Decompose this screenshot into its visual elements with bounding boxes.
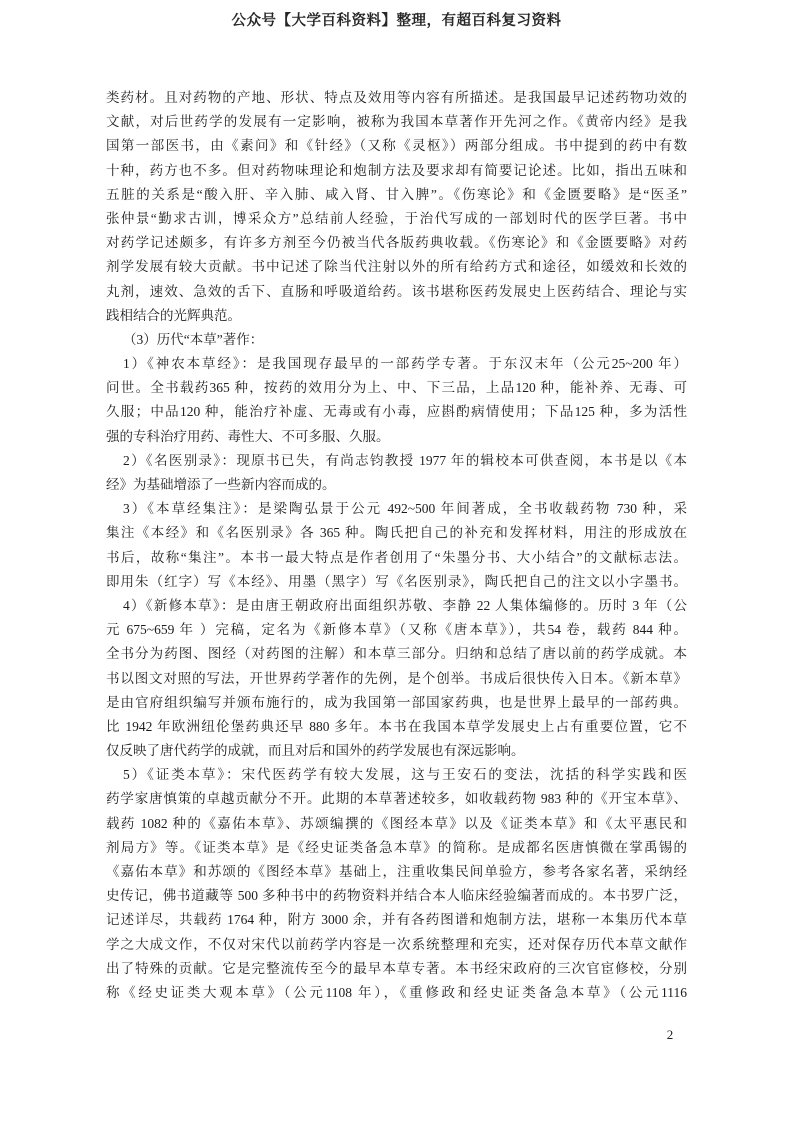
text-line: 剂学发展有较大贡献。书中记述了除当代注射以外的所有给药方式和途径，如缓效和长效的 bbox=[106, 255, 687, 279]
text-line: 3）《本草经集注》：是梁陶弘景于公元 492~500 年间著成，全书收载药物 7… bbox=[106, 497, 687, 521]
text-line: 类药材。且对药物的产地、形状、特点及效用等内容有所描述。是我国最早记述药物功效的 bbox=[106, 86, 687, 110]
text-line: 集注《本经》和《名医别录》各 365 种。陶氏把自己的补充和发挥材料，用注的形成… bbox=[106, 521, 687, 545]
text-line: 5）《证类本草》：宋代医药学有较大发展，这与王安石的变法，沈括的科学实践和医 bbox=[106, 763, 687, 787]
text-line: 2）《名医别录》：现原书已失，有尚志钧教授 1977 年的辑校本可供查阅，本书是… bbox=[106, 449, 687, 473]
text-line: 张仲景“勤求古训，博采众方”总结前人经验，于治代写成的一部划时代的医学巨著。书中 bbox=[106, 207, 687, 231]
text-line: 经》为基础增添了一些新内容而成的。 bbox=[106, 473, 687, 497]
page-header: 公众号【大学百科资料】整理，有超百科复习资料 bbox=[0, 9, 793, 30]
text-line: 书后，故称“集注”。本书一最大特点是作者创用了“朱墨分书、大小结合”的文献标志法… bbox=[106, 546, 687, 570]
text-line: 践相结合的光辉典范。 bbox=[106, 304, 687, 328]
text-line: 强的专科治疗用药、毒性大、不可多服、久服。 bbox=[106, 425, 687, 449]
text-line: 国第一部医书，由《素问》和《针经》（又称《灵枢》）两部分组成。书中提到的药中有数 bbox=[106, 134, 687, 158]
text-line: 久服；中品120 种，能治疗补虚、无毒或有小毒，应斟酌病情使用；下品125 种，… bbox=[106, 400, 687, 424]
text-line: 丸剂，速效、急效的舌下、直肠和呼吸道给药。该书堪称医药发展史上医药结合、理论与实 bbox=[106, 280, 687, 304]
text-line: 书以图文对照的写法，开世界药学著作的先例，是个创举。书成后很快传入日本。《新本草… bbox=[106, 667, 687, 691]
text-line: 即用朱（红字）写《本经》、用墨（黑字）写《名医别录》，陶氏把自己的注文以小字墨书… bbox=[106, 570, 687, 594]
text-line: 史传记，佛书道藏等 500 多种书中的药物资料并结合本人临床经验编著而成的。本书… bbox=[106, 884, 687, 908]
text-line: 是由官府组织编写并颁布施行的，成为我国第一部国家药典，也是世界上最早的一部药典。 bbox=[106, 691, 687, 715]
text-line: 记述详尽，共载药 1764 种，附方 3000 余，并有各药图谱和炮制方法，堪称… bbox=[106, 908, 687, 932]
text-line: 1）《神农本草经》：是我国现存最早的一部药学专著。于东汉末年（公元25~200 … bbox=[106, 352, 687, 376]
text-line: 《嘉佑本草》和苏颂的《图经本草》基础上，注重收集民间单验方，参考各家名著，采纳经 bbox=[106, 860, 687, 884]
document-body: 类药材。且对药物的产地、形状、特点及效用等内容有所描述。是我国最早记述药物功效的… bbox=[106, 86, 687, 1005]
text-line: 五脏的关系是“酸入肝、辛入肺、咸入肾、甘入脾”。《伤寒论》和《金匮要略》是“医圣… bbox=[106, 183, 687, 207]
text-line: 药学家唐慎策的卓越贡献分不开。此期的本草著述较多，如收载药物 983 种的《开宝… bbox=[106, 787, 687, 811]
text-line: 仅反映了唐代药学的成就，而且对后和国外的药学发展也有深远影响。 bbox=[106, 739, 687, 763]
text-line: （3）历代“本草”著作： bbox=[106, 328, 687, 352]
text-line: 全书分为药图、图经（对药图的注解）和本草三部分。归纳和总结了唐以前的药学成就。本 bbox=[106, 642, 687, 666]
text-line: 学之大成文作，不仅对宋代以前药学内容是一次系统整理和充实，还对保存历代本草文献作 bbox=[106, 933, 687, 957]
text-line: 载药 1082 种的《嘉佑本草》、苏颂编撰的《图经本草》以及《证类本草》和《太平… bbox=[106, 812, 687, 836]
text-line: 文献，对后世药学的发展有一定影响，被称为我国本草著作开先河之作。《黄帝内经》是我 bbox=[106, 110, 687, 134]
text-line: 4）《新修本草》：是由唐王朝政府出面组织苏敬、李静 22 人集体编修的。历时 3… bbox=[106, 594, 687, 618]
text-line: 剂局方》等。《证类本草》是《经史证类备急本草》的简称。是成都名医唐慎微在掌禹锡的 bbox=[106, 836, 687, 860]
document-lines: 类药材。且对药物的产地、形状、特点及效用等内容有所描述。是我国最早记述药物功效的… bbox=[106, 86, 687, 1005]
text-line: 对药学记述颇多，有许多方剂至今仍被当代各版药典收载。《伤寒论》和《金匮要略》对药 bbox=[106, 231, 687, 255]
text-line: 出了特殊的贡献。它是完整流传至今的最早本草专著。本书经宋政府的三次官宦修校，分别 bbox=[106, 957, 687, 981]
text-line: 比 1942 年欧洲纽伦堡药典还早 880 多年。本书在我国本草学发展史上占有重… bbox=[106, 715, 687, 739]
text-line: 元 675~659 年 ）完稿，定名为《新修本草》（又称《唐本草》），共54 卷… bbox=[106, 618, 687, 642]
document-page: 公众号【大学百科资料】整理，有超百科复习资料 类药材。且对药物的产地、形状、特点… bbox=[0, 0, 793, 1122]
text-line: 称《经史证类大观本草》（公元1108 年），《重修政和经史证类备急本草》（公元1… bbox=[106, 981, 687, 1005]
text-line: 问世。全书载药365 种，按药的效用分为上、中、下三品，上品120 种，能补养、… bbox=[106, 376, 687, 400]
text-line: 十种，药方也不多。但对药物味理论和炮制方法及要求却有简要记论述。比如，指出五味和 bbox=[106, 159, 687, 183]
page-number: 2 bbox=[660, 1027, 680, 1043]
